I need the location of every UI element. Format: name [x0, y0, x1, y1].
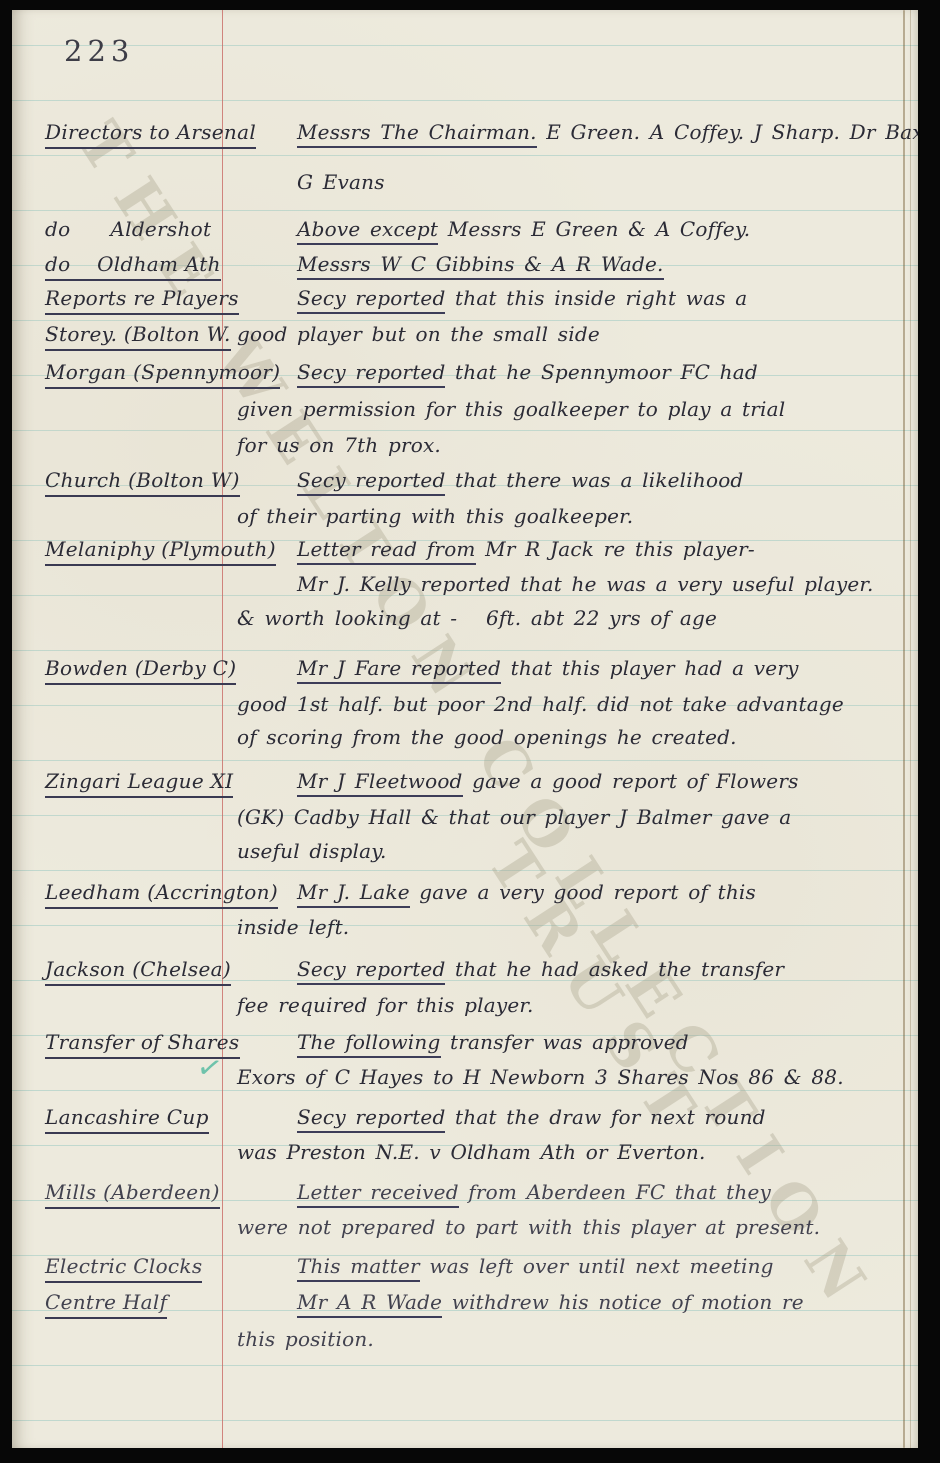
underlined-phrase: Mr J Fare reported: [297, 656, 501, 684]
entry-label: do Aldershot: [45, 217, 211, 244]
underlined-phrase: Mr J. Lake: [297, 880, 410, 908]
entry-text: this position.: [237, 1327, 374, 1351]
underlined-phrase: Messrs The Chairman.: [297, 120, 537, 148]
entry-text: (GK) Cadby Hall & that our player J Balm…: [237, 805, 791, 829]
underlined-phrase: Secy reported: [297, 468, 445, 496]
entry-label: Directors to Arsenal: [45, 120, 256, 149]
entry-label: Storey. (Bolton W.: [45, 322, 231, 351]
entry-label: Leedham (Accrington): [45, 880, 278, 909]
entry-text: Mr A R Wade withdrew his notice of motio…: [297, 1290, 804, 1314]
minute-line: this position.: [45, 1325, 909, 1367]
underlined-phrase: Letter received: [297, 1180, 459, 1208]
underlined-phrase: Secy reported: [297, 1105, 445, 1133]
entry-text: Above except Messrs E Green & A Coffey.: [297, 217, 750, 241]
underlined-phrase: Letter read from: [297, 537, 476, 565]
entry-text: Mr J Fare reported that this player had …: [297, 656, 799, 680]
minute-line: & worth looking at - 6ft. abt 22 yrs of …: [45, 604, 909, 646]
entry-label: Melaniphy (Plymouth): [45, 537, 276, 566]
underlined-phrase: The following: [297, 1030, 441, 1058]
entry-text: Secy reported that he had asked the tran…: [297, 957, 784, 981]
entry-label: Lancashire Cup: [45, 1105, 209, 1134]
entry-text: Mr J Fleetwood gave a good report of Flo…: [297, 769, 799, 793]
underlined-phrase: Secy reported: [297, 360, 445, 388]
entry-text: Letter read from Mr R Jack re this playe…: [297, 537, 755, 561]
entry-text: Mr J. Lake gave a very good report of th…: [297, 880, 756, 904]
minute-line: G Evans: [45, 168, 909, 210]
entry-text: Exors of C Hayes to H Newborn 3 Shares N…: [237, 1065, 844, 1089]
entry-text: Mr J. Kelly reported that he was a very …: [297, 572, 874, 596]
entry-text: for us on 7th prox.: [237, 433, 441, 457]
entry-label: Jackson (Chelsea): [45, 957, 231, 986]
underlined-phrase: This matter: [297, 1254, 420, 1282]
ledger-page: THE WELTON COLLECTION TRUST 223 Director…: [12, 10, 918, 1448]
underlined-phrase: Secy reported: [297, 286, 445, 314]
underlined-phrase: Mr A R Wade: [297, 1290, 442, 1318]
entry-text: of their parting with this goalkeeper.: [237, 504, 633, 528]
minute-line: Morgan (Spennymoor)Secy reported that he…: [45, 358, 909, 400]
entry-text: Messrs The Chairman. E Green. A Coffey. …: [297, 120, 918, 144]
entry-text: inside left.: [237, 915, 349, 939]
entry-text: Messrs W C Gibbins & A R Wade.: [297, 252, 664, 276]
underlined-phrase: Secy reported: [297, 957, 445, 985]
entry-text: Letter received from Aberdeen FC that th…: [297, 1180, 771, 1204]
minute-line: fee required for this player.: [45, 991, 909, 1033]
photo-background: THE WELTON COLLECTION TRUST 223 Director…: [0, 0, 940, 1463]
entry-label: Bowden (Derby C): [45, 656, 236, 685]
entry-text: Secy reported that the draw for next rou…: [297, 1105, 766, 1129]
entry-text: good 1st half. but poor 2nd half. did no…: [237, 692, 844, 716]
entry-text: of scoring from the good openings he cre…: [237, 725, 737, 749]
entry-label: Zingari League XI: [45, 769, 233, 798]
underlined-phrase: Mr J Fleetwood: [297, 769, 463, 797]
entry-text: was Preston N.E. v Oldham Ath or Everton…: [237, 1140, 706, 1164]
entry-text: The following transfer was approved: [297, 1030, 689, 1054]
entry-text: good player but on the small side: [237, 322, 600, 346]
minute-line: Storey. (Bolton W.good player but on the…: [45, 320, 909, 362]
page-edge: [910, 10, 911, 1448]
minute-line: of scoring from the good openings he cre…: [45, 723, 909, 765]
entry-text: given permission for this goalkeeper to …: [237, 397, 785, 421]
entry-text: Secy reported that this inside right was…: [297, 286, 747, 310]
entry-text: Secy reported that he Spennymoor FC had: [297, 360, 758, 384]
entry-label: Centre Half: [45, 1290, 167, 1319]
underlined-phrase: Above except: [297, 217, 438, 245]
entry-text: This matter was left over until next mee…: [297, 1254, 774, 1278]
underlined-phrase: Messrs W C Gibbins & A R Wade.: [297, 252, 664, 280]
minute-line: Directors to ArsenalMessrs The Chairman.…: [45, 118, 909, 160]
entry-label: Church (Bolton W): [45, 468, 240, 497]
minute-line: Centre HalfMr A R Wade withdrew his noti…: [45, 1288, 909, 1330]
minute-line: was Preston N.E. v Oldham Ath or Everton…: [45, 1138, 909, 1180]
entry-label: Electric Clocks: [45, 1254, 202, 1283]
entry-text: were not prepared to part with this play…: [237, 1215, 820, 1239]
entry-label: Morgan (Spennymoor): [45, 360, 280, 389]
entry-label: do Oldham Ath: [45, 252, 221, 281]
entry-text: Secy reported that there was a likelihoo…: [297, 468, 743, 492]
minute-line: inside left.: [45, 913, 909, 955]
entry-text: fee required for this player.: [237, 993, 534, 1017]
entry-text: useful display.: [237, 839, 387, 863]
page-number: 223: [64, 34, 134, 68]
minute-line: Exors of C Hayes to H Newborn 3 Shares N…: [45, 1063, 909, 1105]
entry-label: Mills (Aberdeen): [45, 1180, 220, 1209]
minute-line: were not prepared to part with this play…: [45, 1213, 909, 1255]
entry-text: & worth looking at - 6ft. abt 22 yrs of …: [237, 606, 717, 630]
entry-label: Reports re Players: [45, 286, 239, 315]
entry-text: G Evans: [297, 170, 385, 194]
minute-line: useful display.: [45, 837, 909, 879]
